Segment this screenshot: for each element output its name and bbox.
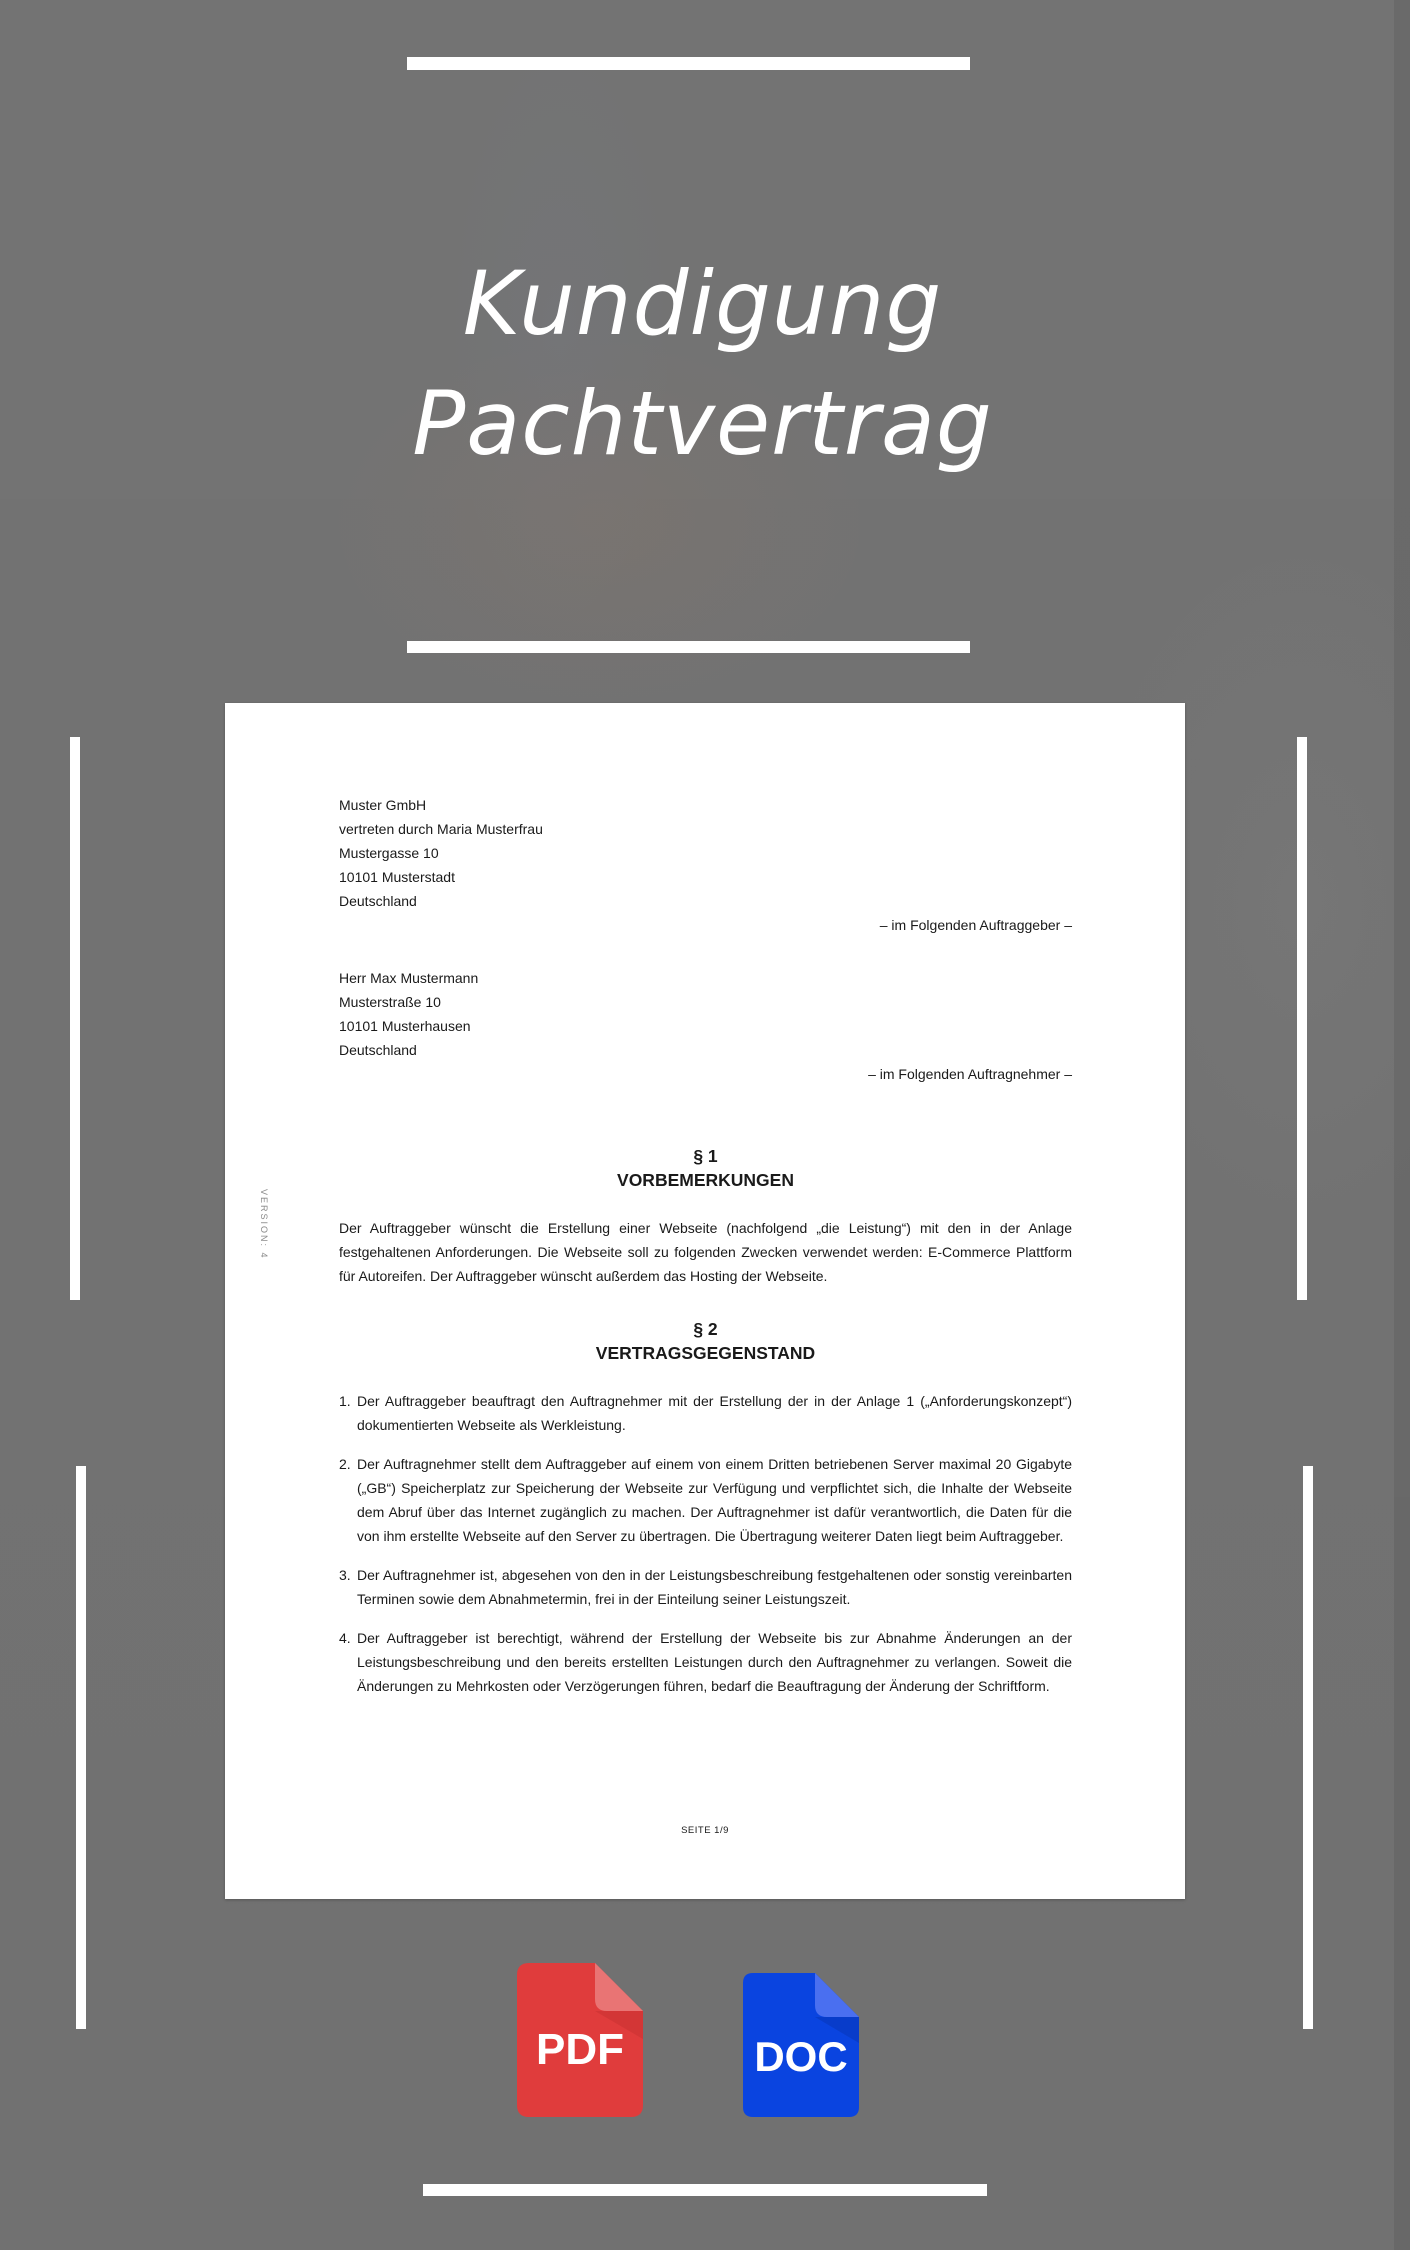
decorative-bar-left-lower xyxy=(76,1466,86,2029)
address-line: Mustergasse 10 xyxy=(339,841,1072,865)
decorative-bar-top xyxy=(407,57,970,70)
address-line: Deutschland xyxy=(339,1038,1072,1062)
doc-label: DOC xyxy=(743,2033,859,2081)
document-content: Muster GmbH vertreten durch Maria Muster… xyxy=(339,793,1072,1713)
address-line: Musterstraße 10 xyxy=(339,990,1072,1014)
section-paragraph: Der Auftraggeber wünscht die Erstellung … xyxy=(339,1216,1072,1288)
page-number: SEITE 1/9 xyxy=(225,1825,1185,1836)
section-title: VERTRAGSGEGENSTAND xyxy=(339,1341,1072,1365)
decorative-bar-right-upper xyxy=(1297,737,1307,1300)
decorative-bar-title-bottom xyxy=(407,641,970,653)
decorative-bar-left-upper xyxy=(70,737,80,1300)
address-line: 10101 Musterstadt xyxy=(339,865,1072,889)
page-title-line-1: Kundigung xyxy=(300,244,1105,364)
document-preview-page: VERSION: 4 Muster GmbH vertreten durch M… xyxy=(225,703,1185,1899)
decorative-bar-right-lower xyxy=(1303,1466,1313,2029)
address-line: 10101 Musterhausen xyxy=(339,1014,1072,1038)
download-doc-button[interactable]: DOC xyxy=(743,1973,859,2117)
decorative-bar-bottom xyxy=(423,2184,987,2196)
address-line: Muster GmbH xyxy=(339,793,1072,817)
client-address: Muster GmbH vertreten durch Maria Muster… xyxy=(339,793,1072,937)
section-list: 1.Der Auftraggeber beauftragt den Auftra… xyxy=(339,1389,1072,1698)
section-number: § 2 xyxy=(339,1317,1072,1341)
address-line: Deutschland xyxy=(339,889,1072,913)
download-pdf-button[interactable]: PDF xyxy=(517,1963,643,2117)
contractor-role: – im Folgenden Auftragnehmer – xyxy=(339,1062,1072,1086)
list-item: 1.Der Auftraggeber beauftragt den Auftra… xyxy=(339,1389,1072,1437)
section-title: VORBEMERKUNGEN xyxy=(339,1168,1072,1192)
page-title-line-2: Pachtvertrag xyxy=(300,364,1105,484)
client-role: – im Folgenden Auftraggeber – xyxy=(339,913,1072,937)
list-item: 2.Der Auftragnehmer stellt dem Auftragge… xyxy=(339,1452,1072,1548)
list-item: 3.Der Auftragnehmer ist, abgesehen von d… xyxy=(339,1563,1072,1611)
page-title: Kundigung Pachtvertrag xyxy=(300,244,1105,484)
section-1: § 1 VORBEMERKUNGEN Der Auftraggeber wüns… xyxy=(339,1144,1072,1288)
section-number: § 1 xyxy=(339,1144,1072,1168)
list-item: 4.Der Auftraggeber ist berechtigt, währe… xyxy=(339,1626,1072,1698)
address-line: Herr Max Mustermann xyxy=(339,966,1072,990)
pdf-label: PDF xyxy=(517,2025,643,2075)
section-2: § 2 VERTRAGSGEGENSTAND 1.Der Auftraggebe… xyxy=(339,1317,1072,1698)
version-label: VERSION: 4 xyxy=(259,1189,269,1260)
contractor-address: Herr Max Mustermann Musterstraße 10 1010… xyxy=(339,966,1072,1086)
background-edge xyxy=(1394,0,1410,2250)
address-line: vertreten durch Maria Musterfrau xyxy=(339,817,1072,841)
